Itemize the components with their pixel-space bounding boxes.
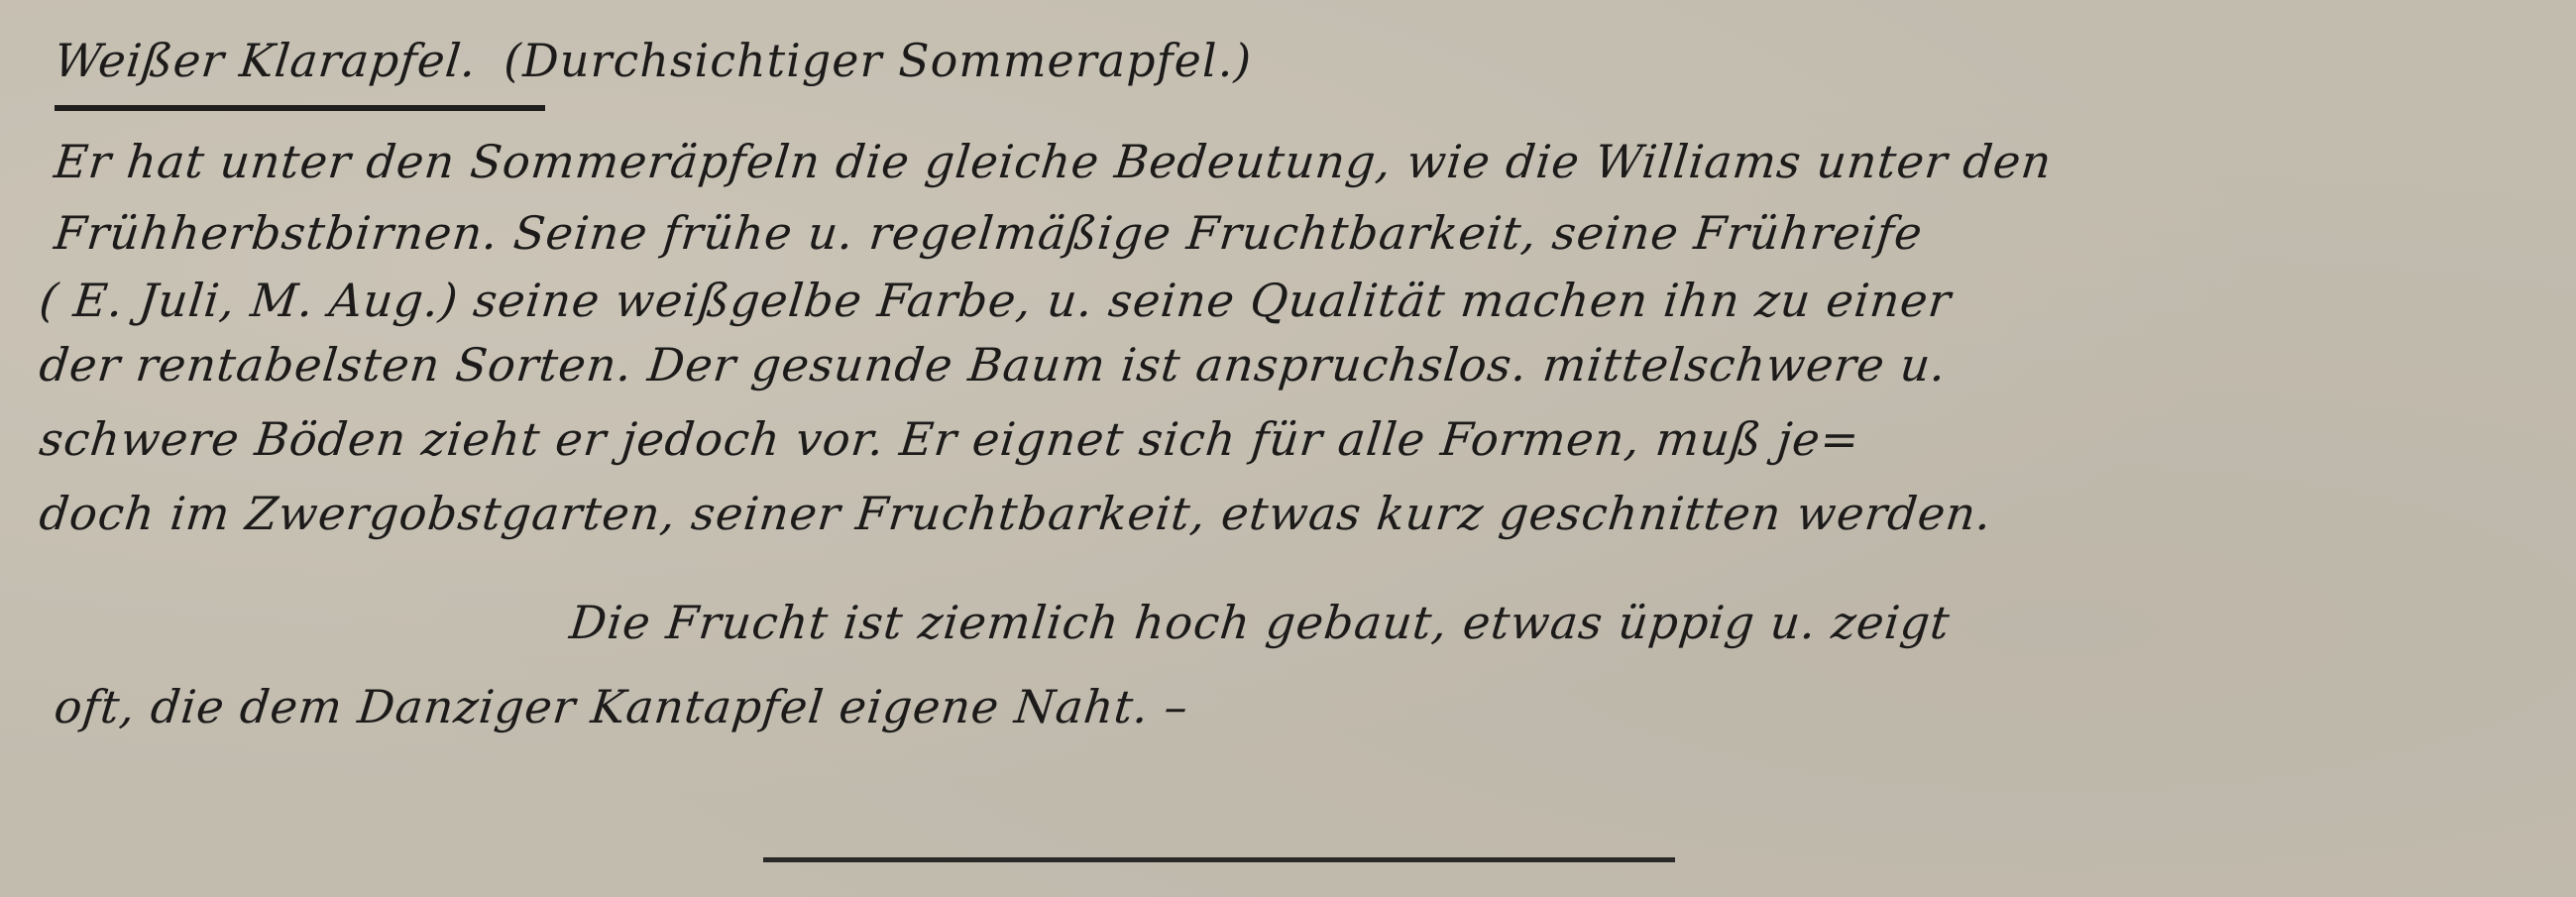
handwritten-page: Weißer Klarapfel. (Durchsichtiger Sommer… — [0, 0, 2576, 897]
text-line: doch im Zwergobstgarten, seiner Fruchtba… — [38, 491, 1994, 536]
text-line: oft, die dem Danziger Kantapfel eigene N… — [53, 684, 1191, 729]
text-line: ( E. Juli, M. Aug.) seine weißgelbe Farb… — [38, 278, 1954, 323]
text-line: Die Frucht ist ziemlich hoch gebaut, etw… — [568, 600, 1953, 645]
text-line: Frühherbstbirnen. Seine frühe u. regelmä… — [53, 210, 1926, 256]
text-line: Er hat unter den Sommeräpfeln die gleich… — [53, 139, 2055, 184]
title-underline — [55, 105, 545, 111]
subtitle: (Durchsichtiger Sommerapfel.) — [504, 34, 1252, 87]
text-line: schwere Böden zieht er jedoch vor. Er ei… — [38, 416, 1862, 462]
title: Weißer Klarapfel. — [53, 38, 480, 83]
closing-rule — [763, 857, 1675, 862]
heading: Weißer Klarapfel. (Durchsichtiger Sommer… — [55, 38, 1252, 83]
text-line: der rentabelsten Sorten. Der gesunde Bau… — [38, 342, 1950, 388]
